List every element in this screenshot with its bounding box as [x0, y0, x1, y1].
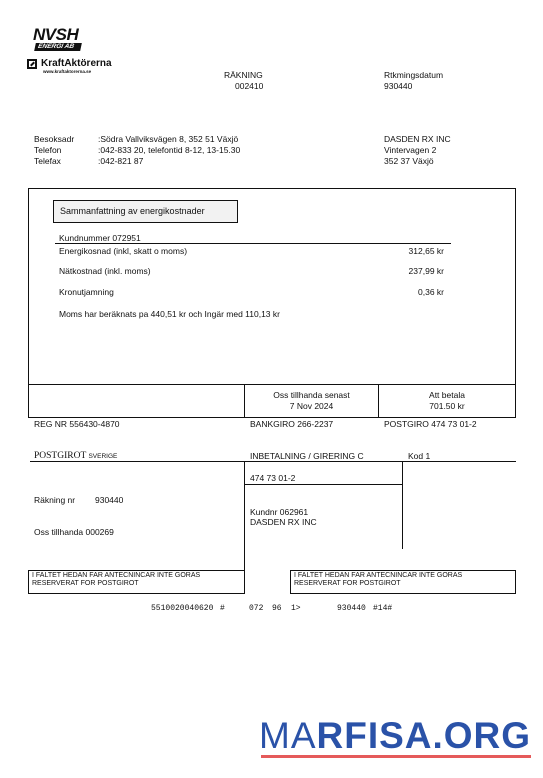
invoice-date-label: Rtkmingsdatum [384, 70, 443, 80]
divider [55, 243, 451, 244]
watermark-underline [261, 755, 531, 758]
watermark-part3: .ORG [433, 715, 532, 756]
reserved-field-left: I FALTET HEDAN FAR ANTECNINCAR INTE GORA… [28, 570, 245, 594]
divider [28, 384, 516, 385]
ocr-cents: 96 [272, 604, 282, 613]
postgirot-brand: POSTGIROT SVERIGE [34, 451, 117, 461]
kraftaktorerna-url: www.kraftaktorerna.se [43, 69, 91, 74]
slip-invoice-nr: 930440 [95, 495, 123, 505]
due-date: 7 Nov 2024 [245, 401, 378, 411]
reserved-field-right: I FALTET HEDAN FAR ANTECNINCAR INTE GORA… [290, 570, 516, 594]
pay-label: Att betala [379, 390, 515, 400]
cost-item-amount: 312,65 kr [380, 246, 444, 256]
cost-item-amount: 237,99 kr [380, 266, 444, 276]
ocr-check: 1> [291, 604, 301, 613]
vat-note: Moms har beräknats pa 440,51 kr och Ingä… [59, 309, 280, 319]
customer-number: Kundnummer 072951 [59, 233, 141, 243]
slip-customer-name: DASDEN RX INC [250, 517, 317, 527]
recipient-street: Vintervagen 2 [384, 145, 436, 155]
recipient-name: DASDEN RX INC [384, 134, 451, 144]
reserved-note-line1: I FALTET HEDAN FAR ANTECNINCAR INTE GORA… [294, 572, 515, 580]
postgiro-number: POSTGIRO 474 73 01-2 [384, 419, 477, 429]
nvsh-logo-text: NVSH [33, 27, 83, 43]
cost-item-amount: 0,36 kr [380, 287, 444, 297]
recipient-city: 352 37 Växjö [384, 156, 434, 166]
summary-title: Sammanfattning av energikostnader [53, 200, 238, 223]
invoice-label: RÄKNING [224, 70, 263, 80]
slip-type: INBETALNING / GIRERING C [250, 451, 364, 461]
divider [402, 461, 403, 549]
ocr-amount: 072 [249, 604, 263, 613]
pay-amount: 701.50 kr [379, 401, 515, 411]
cost-item-label: Kronutjamning [59, 287, 114, 297]
sender-label: Telefax [34, 156, 61, 166]
due-label: Oss tillhanda senast [245, 390, 378, 400]
postgirot-name: POSTGIROT [34, 451, 86, 461]
ocr-reference: 5510020040620 [151, 604, 213, 613]
slip-due-text: Oss tillhanda 000269 [34, 527, 114, 537]
cost-item-label: Nätkostnad (inkl. moms) [59, 266, 151, 276]
reg-number: REG NR 556430-4870 [34, 419, 120, 429]
sender-label: Besoksadr [34, 134, 74, 144]
nvsh-logo: NVSH ENERGI AB [33, 27, 83, 54]
reserved-note-line2: RESERVERAT FOR POSTGIROT [32, 580, 244, 588]
divider [244, 484, 402, 485]
sender-label: Telefon [34, 145, 61, 155]
watermark-part2: RFISA [317, 715, 433, 756]
reserved-note-line2: RESERVERAT FOR POSTGIROT [294, 580, 515, 588]
divider [30, 461, 516, 462]
bankgiro-number: BANKGIRO 266-2237 [250, 419, 333, 429]
sender-value: :042-833 20, telefontid 8-12, 13-15.30 [98, 145, 240, 155]
cost-item-label: Energikosnad (inkl, skatt o moms) [59, 246, 187, 256]
postgirot-sub: SVERIGE [88, 453, 117, 460]
slip-account: 474 73 01-2 [250, 473, 295, 483]
watermark-part1: MA [259, 715, 317, 756]
nvsh-logo-subtext: ENERGI AB [34, 43, 82, 51]
arrow-box-icon [27, 59, 37, 69]
sender-value: :042-821 87 [98, 156, 143, 166]
ocr-separator: # [220, 604, 225, 613]
ocr-account: 930440 [337, 604, 366, 613]
reserved-note-line1: I FALTET HEDAN FAR ANTECNINCAR INTE GORA… [32, 572, 244, 580]
invoice-number: 002410 [235, 81, 263, 91]
slip-invoice-nr-label: Räkning nr [34, 495, 75, 505]
watermark-logo: MARFISA.ORG [259, 715, 531, 757]
slip-customer-nr: Kundnr 062961 [250, 507, 308, 517]
invoice-date-value: 930440 [384, 81, 412, 91]
kraftaktorerna-name: KraftAktörerna [41, 58, 112, 69]
sender-value: :Södra Vallviksvägen 8, 352 51 Växjö [98, 134, 238, 144]
ocr-end: #14# [373, 604, 392, 613]
slip-code: Kod 1 [408, 451, 430, 461]
